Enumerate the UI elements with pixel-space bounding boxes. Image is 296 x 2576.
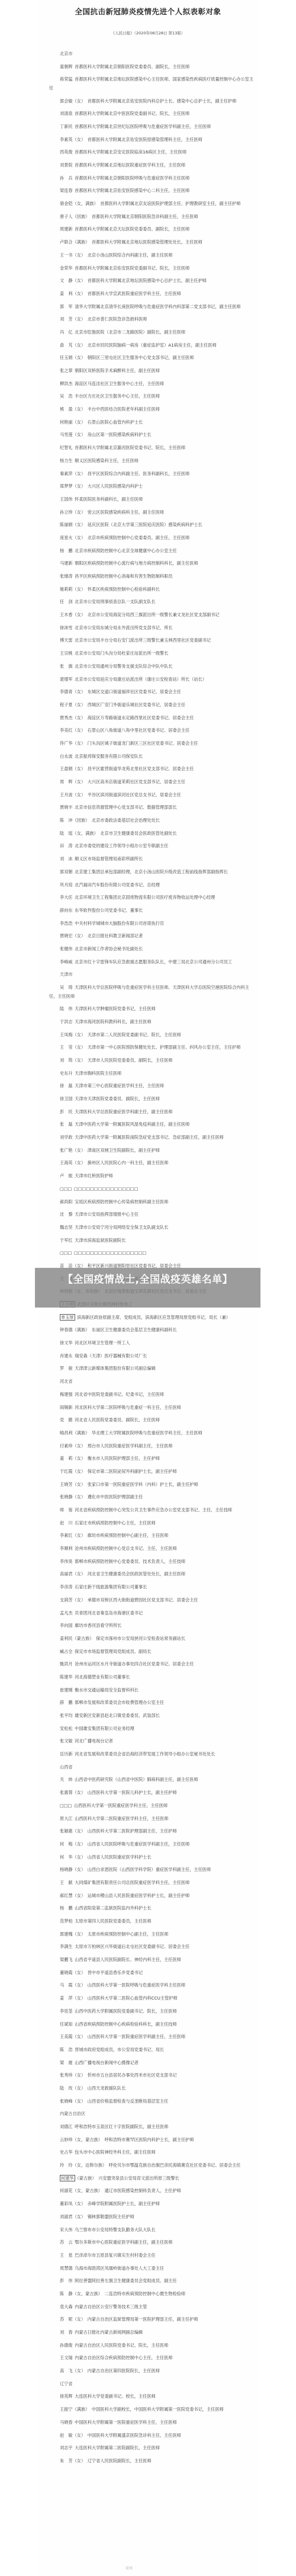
person-name: 刘德江: [60, 2124, 73, 2129]
person-title: 首都医科大学附属北京中医医院党委副书记、院长，主任医师: [75, 111, 189, 116]
person-name: 支润芳（女）: [60, 1597, 85, 1603]
person-name: 苏 云: [60, 2239, 73, 2245]
person-name: 何 华（女）: [60, 1854, 85, 1860]
list-item: 臧占全 保定市市场监督管理局党组成员、副局长: [49, 1648, 258, 1657]
person-title: 内蒙古自治区人民医院党委书记、院长，主任医师: [75, 2343, 168, 2348]
person-title: 太原市疾病预防控制中心副主任，主任医师: [88, 1931, 169, 1937]
person-title: 房山区第一医院感染疾病科护士长: [88, 432, 152, 437]
list-item: 李浩浩 中关村科学城城市大脑股份有限公司首席执行官: [49, 919, 258, 928]
person-title: 首都医科大学附属北京朝阳医院呼吸与危重症医学科主任医师: [75, 175, 189, 181]
person-title: 山西天龙救援队队长: [88, 2085, 126, 2091]
person-title: 保定市第二医院泌尿外科副护士长，副主任护师: [88, 1469, 177, 1474]
list-item: 西英俊 首都医科大学附属北京安定医院临床16病区主任，主任医师: [49, 148, 258, 157]
person-title: 山西医科大学第一医院呼吸与危重症医学科主任医师: [88, 1982, 185, 1988]
person-name: 任斌知: [60, 2021, 73, 2027]
person-name: 张晓静（女）: [60, 1494, 85, 1500]
list-item: 郭双朝 北京建工集团总承包部副经理，北京小汤山医院升级改造工程前线指挥部副指挥长: [49, 868, 258, 877]
person-title: 乌海市海勃湾区凤凰岭街道办事处人大工委主任: [75, 2266, 164, 2271]
person-title: 大连医科大学党委副书记、校长，主任医师: [75, 2394, 156, 2399]
person-name: 梁 震: [60, 2060, 73, 2065]
person-name: 薛 鹏: [60, 1700, 73, 1705]
person-name: 王一书（女）: [60, 252, 85, 258]
person-title: 北京振邦保安服务有限公司保安队长: [75, 754, 143, 759]
person-title: 首都医科大学附属北京地坛医院感染中心主任医师、国家感染性疾病医疗质量控制中心办公…: [49, 76, 253, 91]
person-title: 昌平区医院综合内科副主任、医务科副科长，主任医师: [88, 471, 190, 476]
list-item: 郭建槐（女） 太原市疾病预防控制中心副主任，主任医师: [49, 1930, 258, 1939]
list-item: 姬莉莉（女） 怀柔区疾病预防控制中心检验科副科长: [49, 585, 258, 594]
list-item: 李素英（女） 首都医科大学附属北京佑安医院原感染管理科主任，主任医师: [49, 136, 258, 145]
person-name: 张颖惠（女）: [60, 1828, 85, 1834]
person-name: 马 霞（女）: [60, 1982, 85, 1988]
person-title: 内蒙古自治区公安厅警务技术三级主管: [75, 2304, 147, 2309]
person-name: 孙德俊: [60, 2343, 73, 2348]
person-name: 孙立珍（女）: [60, 510, 85, 515]
person-name: 杨 鹏: [60, 1905, 73, 1911]
person-name: 李德青（女）: [60, 689, 85, 694]
person-title: 河北省发展和改革委员会省沿海经济带发展工作领导小组办公室秘书处处长: [75, 1751, 215, 1757]
person-name: □□□: [60, 1803, 72, 1808]
person-title: 内蒙古自治区监狱管理局第一医院护理部主任，副主任护师: [88, 2317, 198, 2322]
person-name: 喻昌利（满族）: [60, 1430, 89, 1436]
list-item: 马雪莲（女） 房山区第一医院感染疾病科护士长: [49, 431, 258, 440]
person-title: 石景山医院心血管内科护士长: [88, 419, 143, 425]
person-title: 山西省价格监督检查与反垄断局基层室主任: [88, 2098, 169, 2104]
person-name: 梁连春: [60, 188, 73, 193]
person-name: 董彩凤（女）: [60, 2201, 85, 2206]
person-title: 大连医科大学附属第二医院副院长，主任医师: [75, 2445, 160, 2450]
list-item: 吴 浩 丰台区方庄社区卫生服务中心主任，主任医师: [49, 392, 258, 401]
person-name: 刘 春: [60, 2330, 73, 2335]
list-item: 崔建刚 衡水市交通运输局安全监督科科长: [49, 1686, 258, 1695]
person-name: 马建新: [60, 560, 73, 566]
person-title: 沧州市疾病预防控制中心党总支书记、主任，主任医师: [75, 1546, 177, 1551]
list-item: 庞星火（女） 北京市疾病预防控制中心党委委员、副主任，主任医师: [49, 534, 258, 543]
person-title: □□□□□□□□□□□□□□□□□□: [74, 1250, 146, 1255]
person-name: 刘志宇: [60, 2445, 73, 2450]
list-item: 任 剑 北京市公安局刑事侦查总队一支队副支队长: [49, 598, 258, 607]
person-title: 山西省疾病预防控制中心疾病检验科科长，副主任技师: [75, 2021, 177, 2027]
person-title: 河北省人民医院党委委员、副院长，主任医师: [75, 1417, 160, 1422]
list-item: 郝尚阳 宝坻区疾病预防控制中心传染病控制科副主任医师: [49, 1198, 258, 1207]
list-item: 李美红（女） 石景山区八角街道八角中里社区党委书记、居委会主任: [49, 726, 258, 735]
person-title: 邯郸市疾病预防控制中心党委委员、技术负责人，主任技师: [75, 1559, 185, 1564]
list-item: 柳洪杰 海淀区马连洼社区卫生服务中心主任，主任医师: [49, 380, 258, 389]
person-title: 张家口市第一医院重症医学科（内科）护士长，副主任护师: [88, 1482, 198, 1487]
person-name: 王盈娟（女）: [60, 766, 85, 771]
person-title: 北京市回民医院脑病一病房（重症监护室）A1病房主任，副主任医师: [88, 342, 217, 348]
list-item: 肖建永 瑞安森（天津）医疗器械有限公司厂长: [49, 1352, 258, 1361]
person-name: 张继涛: [60, 573, 73, 579]
person-title: 怀柔医院医务科副科长，副主任医师: [75, 496, 143, 502]
person-name: 高 飞（女）: [60, 2368, 85, 2373]
list-item: □□□ 山西医科大学第一医院重症医学科主任，主任医师: [49, 1802, 258, 1811]
list-item: 马建新 朝阳区疾病预防控制中心流行病与地方病控制科科长，副主任医师: [49, 559, 258, 568]
person-name: 于军红: [60, 1238, 73, 1243]
person-name: 贾晓丰: [60, 805, 73, 810]
person-title: 晋中市平遥县香乐乡党委书记: [88, 1970, 143, 1975]
list-item: 阎锡新 河北医科大学第二医院呼吸与危重症一科主任，主任医师: [49, 1404, 258, 1412]
person-name: 薛向东: [60, 908, 73, 913]
person-title: 东城区交道口街道福祥社区党委书记、居委会主任: [88, 689, 181, 694]
person-name: 何建华: [60, 2175, 75, 2181]
person-name: 王振宁（满族）: [60, 2407, 89, 2412]
person-name: 张文敏: [60, 1738, 73, 1744]
person-title: 包头市中心医院神经外科主任，副主任医师: [75, 2149, 156, 2155]
person-title: 天津中医药大学第一附属医院风湿免疫科副主任，副主任医师: [75, 1122, 189, 1127]
person-name: 刘学政: [60, 1135, 73, 1140]
person-name: 李廷荃: [60, 2008, 73, 2014]
person-title: 北京环境卫生工程集团北京固废物流有限公司医疗废弃物收运处理中心经理: [75, 895, 215, 900]
list-item: 刘 筠（女） 天津市人民医院党委委员、副院长，主任医师: [49, 1056, 258, 1065]
list-item: 姜利民（蒙古族） 保定市涿州市公安局挟河公安检查站常务副站长: [49, 1635, 258, 1643]
person-name: 陈建华: [60, 1674, 73, 1680]
person-title: 天津津云新媒体集团股份有限公司副总编辑: [75, 1366, 156, 1371]
list-item: 史占华 包头市中心医院神经外科主任，副主任医师: [49, 2148, 258, 2157]
list-item: 张秀珍（女） 忻州市五台县居民办事处西米市社区党支部书记: [49, 2071, 258, 2080]
person-name: 傅天雷: [60, 637, 73, 643]
list-item: 岳历新 河北省发展和改革委员会省沿海经济带发展工作领导小组办公室秘书处处长: [49, 1750, 258, 1759]
person-name: 钟春德（满族）: [60, 1327, 89, 1332]
list-item: 贾晓丰 北京市信息资源管理中心党支部书记、数据管理部部长: [49, 803, 258, 812]
person-name: 郑梦梦（女）: [60, 483, 85, 489]
person-name: 郭建槐（女）: [60, 1931, 85, 1937]
list-item: 金荣华 首都医科大学附属北京佑安医院党委副书记、院长，主任医师: [49, 264, 258, 273]
list-item: 孙 兵 首都医科大学附属北京朝阳医院呼吸与危重症医学科主任医师: [49, 174, 258, 183]
list-item: 吴 琦 天津医科大学总医院呼吸与危重症医学科主任医师、天津医科大学总医院空港医院…: [49, 983, 258, 1001]
person-name: 史占华: [60, 2149, 73, 2155]
list-item: 张 旗 北京市公安局通州分局警务支援支队综合中队中队长: [49, 662, 258, 671]
person-title: 天津市人民医院党委委员、副院长，主任医师: [88, 1058, 173, 1063]
person-title: 呼伦贝尔市鄂温克族自治旗巴彦托海镇赛克社区党委书记、居委会主任: [109, 2162, 241, 2168]
person-name: 金荣华: [60, 265, 73, 271]
person-name: 李浩浩: [60, 921, 73, 926]
list-item: 马晓春 中国医科大学附属第一医院重症医学科主任，主任医师: [49, 2418, 258, 2427]
person-title: 中国医科大学副校长，中国医科大学附属第一医院党委书记，主任医师: [92, 2407, 224, 2412]
person-name: 臧占全: [60, 1649, 73, 1654]
list-item: 王盈娟（女） 昌平区霍营街道华龙苑北里社区党支部书记、居委会主任: [49, 765, 258, 774]
person-name: 骆金铠（女，满族）: [60, 201, 98, 206]
person-name: 杨力生: [60, 458, 73, 463]
list-item: 孙立珍（女） 密云区医院感染疾病科主任，副主任医师: [49, 508, 258, 517]
person-name: 马雪莲（女）: [60, 432, 85, 437]
list-item: 李廷荃 山西中医药大学附属医院党委副书记、院长，主任医师: [49, 2007, 258, 2016]
list-item: 何 华（女） 山西省人民医院重症医学科护士长: [49, 1853, 258, 1862]
person-title: 呼和浩特市赛罕区医院内科护士长，副主任护师: [104, 2137, 194, 2142]
person-name: 郭会敏（女）: [60, 98, 85, 104]
list-item: 师 鉴 河北省疾病预防控制中心突发公共卫生事件应急办公室党支部书记、主任，主任技…: [49, 1506, 258, 1515]
list-item: 郝红慧（女） 运城市稷山县人民医院重症医学科护士长，副主任护师: [49, 1892, 258, 1901]
list-item: 张健伟 北京市新闻工作者协会秘书处副处长: [49, 945, 258, 954]
person-name: 徐文华: [60, 1340, 73, 1345]
person-title: 通辽市医院感染控制科负责人，主任护师: [104, 2188, 181, 2193]
person-title: 平谷区滨河街道滨河社区党总支书记、居委会主任: [88, 792, 181, 797]
person-name: 李素英（女）: [60, 137, 85, 142]
person-title: 忻州市五台县居民办事处西米市社区党支部书记: [88, 2072, 177, 2078]
list-item: 佟广华（女） 门头沟区城子街道龙门新区三区社区党委书记、居委会主任: [49, 739, 258, 748]
person-title: 首都医科大学附属北京地坛医院感染管理处处长，主任医师: [92, 239, 202, 245]
list-item: 钟春德（满族） 东丽区卫生健康委员会基层卫生健康科副科长: [49, 1326, 258, 1335]
person-title: 石家庄新干线旅游集团有限公司董事长: [75, 1584, 147, 1590]
person-title: 大兴区高米店街道茉莉社区党支部书记、居委会主任: [88, 779, 185, 784]
list-item: 何淑花（女，蒙古族） 通辽市医院感染控制科负责人，主任护师: [49, 2187, 258, 2196]
person-title: 保定市市场监督管理局党组成员、副局长: [75, 1649, 151, 1654]
person-title: 山西中医药大学附属医院党委副书记、院长，主任医师: [75, 2008, 177, 2014]
list-item: 周 晖（女） 大兴区高米店街道茉莉社区党支部书记、居委会主任: [49, 778, 258, 787]
person-title: 北京建工集团总承包部副经理，北京小汤山医院升级改造工程前线指挥部副指挥长: [75, 869, 228, 874]
list-item: 付素珍（女） 邢台市人民医院重症医学科副主任，主任医师: [49, 1442, 258, 1451]
person-name: 关 炜: [60, 1777, 73, 1782]
list-item: 王国伟 怀柔医院医务科副科长，副主任医师: [49, 495, 258, 504]
person-title: 山西省平遥县人民医院副院长、神经内科主任，主任医师: [75, 1957, 181, 1962]
list-item: 俞 芃（女） 北京市回民医院脑病一病房（重症监护室）A1病房主任，副主任医师: [49, 341, 258, 350]
weibo-watermark-icon: 微博: [126, 2565, 133, 2571]
person-name: 徐 磊: [60, 1083, 73, 1088]
person-name: 熊 盈（女）: [60, 406, 85, 412]
person-title: 蓟州区人民医院心内一科主任，副主任医师: [88, 1160, 169, 1165]
list-item: 冯 亿 北京市肛肠医院（北京市二龙路医院）副院长，副主任医师: [49, 328, 258, 337]
person-name: 付素珍（女）: [60, 1443, 85, 1449]
person-title: 天津市公安局宁河分局网络安全保卫支队副支队长: [75, 1225, 168, 1230]
person-name: 徐卫国: [60, 1096, 73, 1101]
person-name: 李向国: [60, 1623, 73, 1628]
person-title: 阿拉善盟阿拉善左旗卫生健康委员会党组成员、副主任: [75, 2278, 177, 2283]
person-name: 彭 民: [60, 1109, 73, 1114]
person-name: 孟凡杰: [60, 1610, 73, 1616]
list-item: 王 莹（女） 天津市第一中心医院预防保健处处长、护理部副主任、纠风办公室主任，主…: [49, 1043, 258, 1052]
list-item: 李伟昊 邯郸市疾病预防控制中心党委委员、技术负责人，主任技师: [49, 1558, 258, 1566]
person-name: 杨晓静（女）: [60, 1867, 85, 1872]
person-title: 清华大学附属北京清华长庚医院呼吸与危重症医学科内科部第二党支部书记，副主任医师: [75, 304, 240, 309]
person-name: 周 晖（女）: [60, 779, 85, 784]
person-name: 田 涛: [60, 843, 73, 848]
person-name: 何 梅（女）: [60, 1841, 85, 1847]
list-item: 巩月琼 北汽福田汽车股份有限公司党委书记、总经理: [49, 881, 258, 890]
person-name: 高丽君（女）: [60, 1571, 85, 1577]
list-item: 于洪志 天津市海河医院科教科科长，副主任医师: [49, 1018, 258, 1027]
person-name: 罗 骏: [60, 1366, 73, 1371]
region-heading: 北京市: [49, 50, 258, 59]
person-title: 天津医科大学总医院重症医学科副主任，副主任医师: [75, 1109, 172, 1114]
person-name: 张晓峰（女）: [60, 2098, 85, 2104]
list-item: 王宗桃 北京市公安局门头沟分局杜家庄站派出所一级警长: [49, 649, 258, 658]
person-title: 河北区环境卫生管理一所工人: [75, 1340, 130, 1345]
person-title: 石景山区八角街道八角中里社区党委书记、居委会主任: [88, 728, 190, 733]
person-title: 河北广播电视台记者: [75, 1738, 113, 1744]
person-name: 云妙珍（女，蒙古族）: [60, 2137, 102, 2142]
person-title: 中国医科大学附属盛京医院急诊科主任，主任医师: [88, 2433, 181, 2438]
list-item: 安松松 中国雄安集团有限公司业务经理: [49, 1725, 258, 1734]
person-title: 内蒙古自治区第四医院院长，主任医师: [88, 2368, 160, 2373]
list-item: 张晓静（女） 遵化市中医医院护理部副主任: [49, 1493, 258, 1502]
person-name: 吴 琦: [60, 985, 73, 990]
person-name: 王 星: [60, 2253, 73, 2258]
person-title: 北京市红十字雷锋车队应急救援志愿服务队队长，中建三局北京公司通州分公司员工: [75, 959, 232, 965]
person-title: 北京日报社科教卫新闻部记者: [88, 933, 143, 938]
list-item: 张广艳（女） 津南区双闸卫生院副院长，副主任护师: [49, 1146, 258, 1155]
person-name: 原大江: [60, 1816, 73, 1821]
list-item: 薛向东 东华软件股份公司党委书记、董事长: [49, 906, 258, 915]
list-item: 张惠蓉（女） 山西医科大学第一医院儿科护士长，副主任护师: [49, 1789, 258, 1798]
person-name: □□□: [60, 1186, 72, 1191]
person-name: 王国伟: [60, 496, 73, 502]
list-item: 张 磊 天津中医药大学第一附属医院风湿免疫科副主任，副主任医师: [49, 1120, 258, 1129]
person-name: 丁新民: [60, 124, 73, 129]
list-item: 任玉娟（女） 朝阳区三里屯社区卫生服务中心党支部书记，副主任医师: [49, 354, 258, 363]
person-name: 纪智礼: [60, 445, 73, 450]
list-item: 陈 静（女，蒙古族） 二连浩特市疾病预防控制中心微生物检验师: [49, 2290, 258, 2299]
person-title: 朝阳区三里屯社区卫生服务中心党支部书记，副主任医师: [88, 355, 194, 360]
person-title: 首都医科大学附属北京佑安医院感染中心二科主任，主任医师: [75, 188, 189, 193]
list-item: 杨 鹏 北京市疾病预防控制中心北京全球健康中心办公室主任: [49, 547, 258, 556]
list-item: 高丽君（女） 河北省卫生健康委员会医政医管处处长，副主任医师: [49, 1570, 258, 1579]
list-item: 郑梦梦（女） 大兴区人民医院感染内科护士: [49, 482, 258, 491]
person-name: 裴增军: [60, 677, 73, 682]
list-item: 郭 军 清华大学附属北京清华长庚医院呼吸与危重症医学科内科部第二党支部书记，副主…: [49, 303, 258, 312]
person-title: 北京市委党的建设工作领导小组办公室专职副主任: [75, 843, 168, 848]
person-name: 袁大森: [60, 2304, 73, 2309]
list-item: 何 梅（女） 山西省人民医院呼吸与危重症医学科副主任，主任医师: [49, 1840, 258, 1849]
list-item: 宋大伟 乌兰察布市公安局特警支队勤务大队大队长: [49, 2226, 258, 2235]
list-item: 陈建华 河北海德塑业有限公司董事长: [49, 1673, 258, 1682]
list-item: 云妙珍（女，蒙古族） 呼和浩特市赛罕区医院内科护士长，副主任护师: [49, 2136, 258, 2145]
list-item: □□□ □□□□□□□□□□□□□□□□□□: [49, 1249, 258, 1258]
person-title: 中关村科学城城市大脑股份有限公司首席执行官: [75, 921, 164, 926]
person-name: 秦素萍（女）: [60, 471, 85, 476]
person-name: 张平均: [60, 1713, 73, 1718]
document-source: 《人民日报》（2020年08月28日 第13版）: [0, 30, 296, 36]
person-name: 刘 筠（女）: [60, 1058, 85, 1063]
person-title: 华北理工大学附属医院呼吸与危重症医学科主任，主任医师: [92, 1430, 202, 1436]
list-item: 周建新 首都医科大学附属北京天坛医院党委委员、副院长，主任医师: [49, 225, 258, 234]
person-name: 郭 军: [60, 304, 73, 309]
list-item: 王月波（女） 平谷区滨河街道滨河社区党总支书记、居委会主任: [49, 791, 258, 800]
person-title: 津南区双闸卫生院副院长，副主任护师: [88, 1148, 160, 1153]
person-name: 马晓春: [60, 2420, 73, 2425]
person-name: 刘清泉: [60, 111, 73, 116]
person-name: 李满生: [60, 1944, 73, 1949]
person-name: 梅建强: [60, 1392, 73, 1397]
person-name: 任玉娟（女）: [60, 355, 85, 360]
list-item: 纪智礼 首都医科大学附属北京潞河医院党委书记、院长，主任医师: [49, 444, 258, 453]
person-title: 太原市万柏林区兴华街道后北屯社区党委副书记、居委会主任: [75, 1944, 189, 1949]
list-item: 王 献 大同煤矿集团有限责任公司总医院重症医学科主任，主任医师: [49, 1879, 258, 1888]
region-heading: 山西省: [49, 1763, 258, 1772]
list-item: 周慧德 乌海市海勃湾区凤凰岭街道办事处人大工委主任: [49, 2264, 258, 2273]
person-name: 张健伟: [60, 946, 73, 951]
person-name: 徐沛雪: [60, 625, 73, 630]
list-item: 魏志坚 天津市公安局宁河分局网络安全保卫支队副支队长: [49, 1223, 258, 1232]
person-title: 昌平区霍营街道华龙苑北里社区党支部书记、居委会主任: [88, 766, 194, 771]
list-item: 于红霞（女） 保定市第二医院泌尿外科副护士长，副主任护师: [49, 1468, 258, 1476]
person-name: 甄洪月: [60, 1661, 73, 1667]
list-item: 王木香（女） 北京市公安局海淀分局西三旗派出所一级警长兼文龙社区党支部副书记: [49, 611, 258, 620]
person-title: 赤峰学院附属医院护士长，副主任护师: [88, 2201, 160, 2206]
person-name: 姜利民（蒙古族）: [60, 1636, 94, 1641]
list-item: 彭 伟 阿拉善盟阿拉善左旗卫生健康委员会党组成员、副主任: [49, 2277, 258, 2286]
person-title: 首都医科大学附属北京地坛医院感染中心总护士长，副主任护师: [88, 278, 207, 283]
list-item: 刘德江 呼和浩特市玉泉区红十字医院副院长，副主任医师: [49, 2123, 258, 2132]
person-name: 刘淑君（女）: [60, 2214, 85, 2219]
person-name: 贾晓宏（女）: [60, 933, 85, 938]
person-name: 巩月琼: [60, 882, 73, 887]
person-name: 蒋荣猛: [60, 76, 73, 82]
list-item: 王美霞（女） 山西医科大学第一医院重症医学科副主任，主任医师: [49, 2033, 258, 2042]
person-title: 辽宁省人民医院副院长，主任医师: [88, 2458, 152, 2463]
list-item: 熊 盈（女） 丰台中西医结合医院老年科副主任医师: [49, 405, 258, 414]
person-title: 天津中医药大学第一附属医院南院急症党支部书记、急症部副主任，副主任医师: [75, 1135, 224, 1140]
person-name: 刘 芳（女）: [60, 316, 85, 322]
person-name: 程子夏（女）: [60, 702, 85, 707]
person-title: 北京市公安局通州分局警务支援支队综合中队中队长: [75, 664, 172, 669]
person-title: 雄安新区安新县赵北口镇党委委员、武装部长: [75, 1713, 160, 1718]
list-item: 陆 瑶（女，满族） 北京市卫生健康委员会医政医管处副处长: [49, 829, 258, 838]
list-item: 刘学政 天津中医药大学第一附属医院南院急症党支部书记、急症部副主任，副主任医师: [49, 1133, 258, 1142]
person-title: 衡水市交通运输局安全监督科科长: [75, 1687, 139, 1693]
person-name: 赵 敏（女）: [60, 2433, 85, 2438]
person-title: 邢台市人民医院重症医学科副主任，主任医师: [88, 1443, 173, 1449]
person-name: 张之翠: [60, 368, 73, 373]
person-title: 山西白求恩医院（山西医学科学院）重症医学科副主任，主任医师: [88, 1867, 211, 1872]
list-item: 王凤梅（女） 天津市第二人民医院党委副书记、院长，主任医师: [49, 1031, 258, 1040]
person-title: 廊坊市香河县看守所所长: [75, 1623, 121, 1628]
list-item: 王 星 巴彦淖尔市五原县复兴镇实生村村委会主任: [49, 2251, 258, 2260]
person-name: 卢联合（满族）: [60, 239, 89, 245]
person-title: 遵化市中医医院护理部副主任: [88, 1494, 143, 1500]
person-title: 大兴区人民医院感染内科护士: [88, 483, 143, 489]
person-name: 柳洪杰: [60, 381, 73, 386]
person-name: 白永波: [60, 754, 73, 759]
person-title: 北京市卫生健康委员会医政医管处副处长: [100, 831, 176, 836]
person-title: 首都医科大学附属北京安定医院临床16病区主任，主任医师: [75, 149, 186, 155]
person-title: 昌平区疾病预防控制中心消毒和有害生物防制科职员: [75, 573, 172, 579]
person-title: 天津市公安局指挥部情报中心主任: [75, 1212, 139, 1217]
person-title: 丰台区方庄社区卫生服务中心主任，主任医师: [75, 393, 160, 399]
list-item: 姜 萍（女） 山西医科大学第二医院心血管内科CCU主管护师: [49, 1994, 258, 2003]
person-ethnicity: （蒙古族）: [75, 2175, 96, 2181]
list-item: 秦素萍（女） 昌平区医院综合内科副主任、医务科副科长，主任医师: [49, 470, 258, 479]
list-item: 何建华（蒙古族） 兴安盟突泉县公安局育文派出所原三级警长: [49, 2174, 258, 2183]
list-item: 张继涛 昌平区疾病预防控制中心消毒和有害生物防制科职员: [49, 572, 258, 581]
list-item: 孟凡杰 共青团河北省秦皇岛市海港区委书记: [49, 1609, 258, 1618]
person-title: 二连浩特市疾病预防控制中心微生物检验师: [104, 2291, 185, 2296]
list-item: 刘淑君（女） 锡林郭勒盟医院主任护师: [49, 2213, 258, 2222]
person-title: 山西省阳泉第二监狱医院监内外科护士长: [75, 1905, 151, 1911]
list-item: 沈 黎 天津市公安局指挥部情报中心主任: [49, 1210, 258, 1219]
document-title: 全国抗击新冠肺炎疫情先进个人拟表彰对象: [0, 6, 296, 17]
person-title: 山西广播电视台新闻中心摄像记者: [75, 2060, 139, 2065]
person-title: 怀柔区疾病预防控制中心检验科副科长: [88, 587, 160, 592]
list-item: 喻昌利（满族） 华北理工大学附属医院呼吸与危重症医学科主任，主任医师: [49, 1429, 258, 1438]
list-item: 王晓芳（女） 张家口市第一医院重症医学科（内科）护士长，副主任护师: [49, 1481, 258, 1489]
person-name: 陈 冲（回族）: [60, 818, 89, 823]
person-title: 运城市稷山县人民医院重症医学科护士长，副主任护师: [88, 1893, 190, 1898]
person-name: 魏志坚: [60, 1225, 73, 1230]
list-item: 杨 鹏 山西省阳泉第二监狱医院监内外科护士长: [49, 1904, 258, 1913]
person-title: 沧州市运河区水月寺街道办事处四合社区党委书记、居委会主任: [75, 1661, 194, 1667]
person-name: 李峰威: [60, 959, 73, 965]
person-name: 庞星火（女）: [60, 535, 85, 540]
list-item: 张之翠 朝阳区双桥医院手术麻醉科主任，副主任医师: [49, 367, 258, 376]
list-item: 唐子人（回族） 首都医科大学附属北京朝阳医院急诊科副主任，主任医师: [49, 213, 258, 222]
person-name: 郝红慧（女）: [60, 1893, 85, 1898]
person-name: 任 剑: [60, 599, 73, 604]
person-title: 河北省疾病预防控制中心突发公共卫生事件应急办公室党支部书记、主任，主任技师: [75, 1507, 232, 1513]
list-item: 何艳丽（女） 石景山医院心血管内科护士长: [49, 418, 258, 427]
person-name: 陈 静（女，蒙古族）: [60, 2291, 102, 2296]
list-item: 苏 妮（女） 内蒙古自治区监狱管理局第一医院护理部主任，副主任护师: [49, 2315, 258, 2324]
person-name: 安松松: [60, 1726, 73, 1731]
person-name: 赵 川: [60, 1520, 73, 1526]
